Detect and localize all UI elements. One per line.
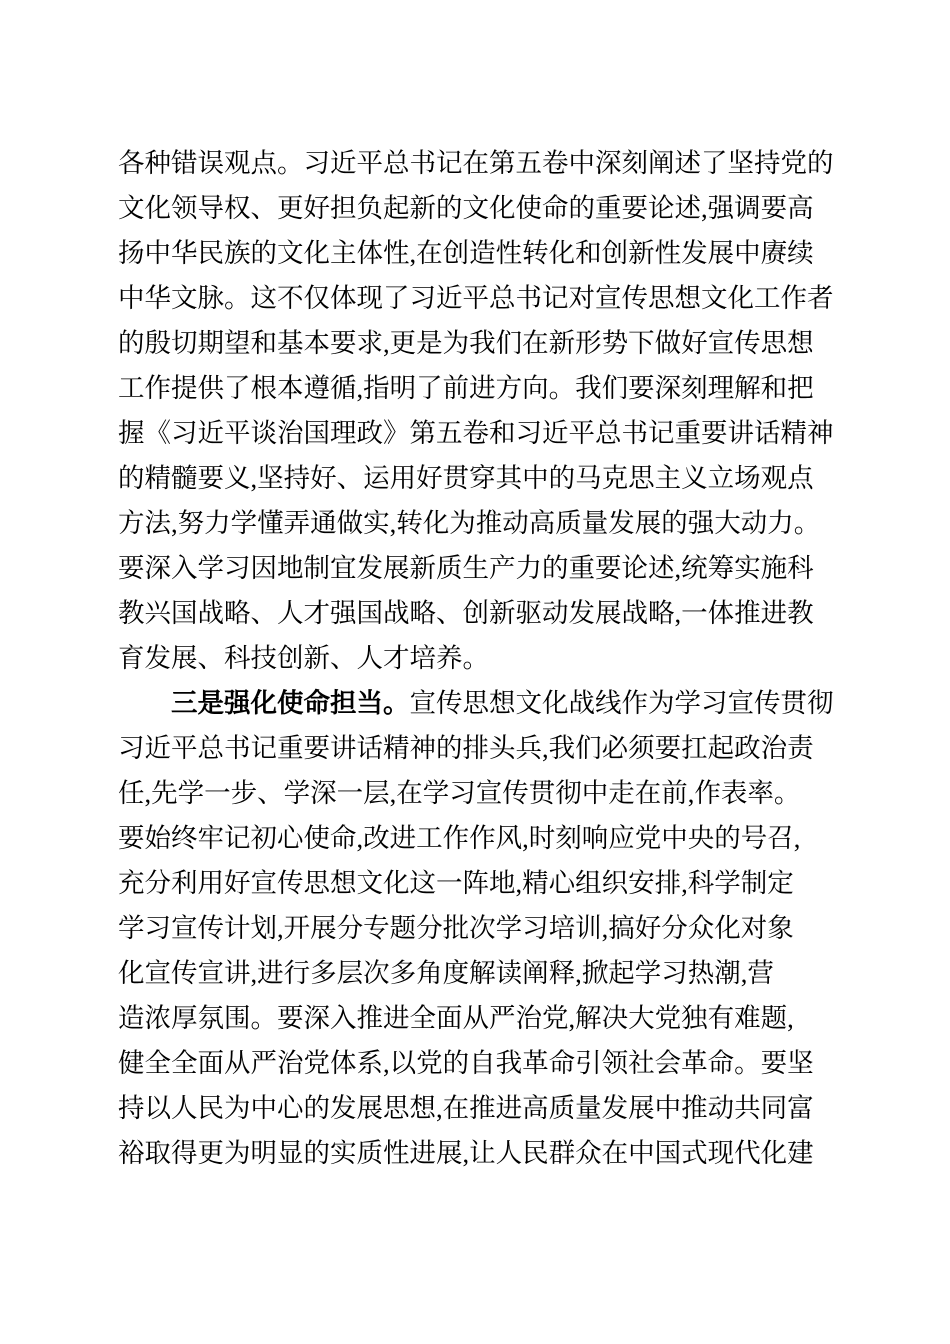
paragraph-lead-bold: 三是强化使命担当。 [171,688,410,718]
text-line: 化宣传宣讲,进行多层次多角度解读阐释,掀起学习热潮,营 [118,951,832,996]
text-line: 各种错误观点。习近平总书记在第五卷中深刻阐述了坚持党的 [118,141,832,186]
document-body: 各种错误观点。习近平总书记在第五卷中深刻阐述了坚持党的文化领导权、更好担负起新的… [118,141,832,1176]
text-line: 三是强化使命担当。宣传思想文化战线作为学习宣传贯彻 [118,681,832,726]
text-line: 中华文脉。这不仅体现了习近平总书记对宣传思想文化工作者 [118,276,832,321]
text-line: 持以人民为中心的发展思想,在推进高质量发展中推动共同富 [118,1086,832,1131]
text-line: 充分利用好宣传思想文化这一阵地,精心组织安排,科学制定 [118,861,832,906]
text-line: 方法,努力学懂弄通做实,转化为推动高质量发展的强大动力。 [118,501,832,546]
text-line: 握《习近平谈治国理政》第五卷和习近平总书记重要讲话精神 [118,411,832,456]
text-line: 造浓厚氛围。要深入推进全面从严治党,解决大党独有难题, [118,996,832,1041]
text-line: 工作提供了根本遵循,指明了前进方向。我们要深刻理解和把 [118,366,832,411]
text-line: 要始终牢记初心使命,改进工作作风,时刻响应党中央的号召, [118,816,832,861]
text-line: 习近平总书记重要讲话精神的排头兵,我们必须要扛起政治责 [118,726,832,771]
text-line: 的殷切期望和基本要求,更是为我们在新形势下做好宣传思想 [118,321,832,366]
text-line: 的精髓要义,坚持好、运用好贯穿其中的马克思主义立场观点 [118,456,832,501]
text-line: 健全全面从严治党体系,以党的自我革命引领社会革命。要坚 [118,1041,832,1086]
text-line: 扬中华民族的文化主体性,在创造性转化和创新性发展中赓续 [118,231,832,276]
text-line: 要深入学习因地制宜发展新质生产力的重要论述,统筹实施科 [118,546,832,591]
document-page: 各种错误观点。习近平总书记在第五卷中深刻阐述了坚持党的文化领导权、更好担负起新的… [0,0,950,1344]
text-line: 文化领导权、更好担负起新的文化使命的重要论述,强调要高 [118,186,832,231]
text-line: 育发展、科技创新、人才培养。 [118,636,832,681]
text-line: 教兴国战略、人才强国战略、创新驱动发展战略,一体推进教 [118,591,832,636]
text-line: 裕取得更为明显的实质性进展,让人民群众在中国式现代化建 [118,1131,832,1176]
text-line: 学习宣传计划,开展分专题分批次学习培训,搞好分众化对象 [118,906,832,951]
text-line: 任,先学一步、学深一层,在学习宣传贯彻中走在前,作表率。 [118,771,832,816]
